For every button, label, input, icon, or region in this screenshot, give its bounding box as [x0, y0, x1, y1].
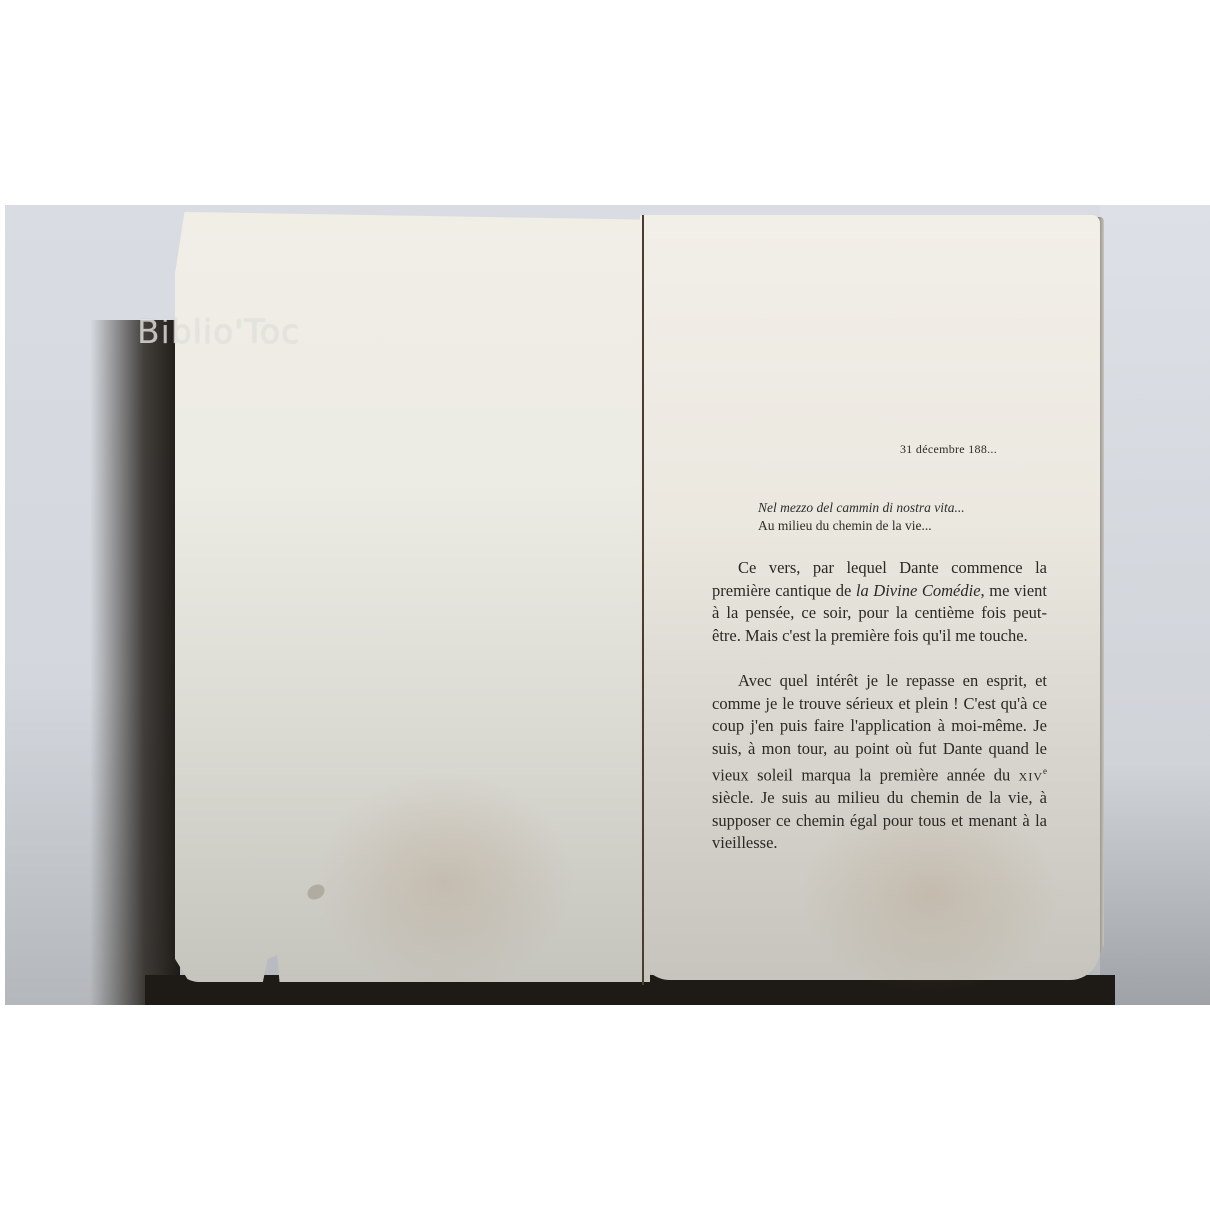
- watermark-logo: Biblio'Toc: [137, 312, 300, 351]
- water-stain: [315, 772, 575, 992]
- background-surface: [1100, 205, 1210, 1005]
- work-title: la Divine Comédie: [856, 581, 981, 600]
- book-gutter: [642, 215, 644, 985]
- book-cover-shadow: [90, 320, 180, 1005]
- epigraph-italian: Nel mezzo del cammin di nostra vita...: [758, 500, 965, 516]
- paragraph-2: Avec quel intérêt je le repasse en espri…: [712, 670, 1047, 855]
- chapter-date: 31 décembre 188...: [900, 442, 997, 457]
- century-numeral: xiv: [1019, 766, 1043, 785]
- paragraph-1: Ce vers, par lequel Dante commence la pr…: [712, 557, 1047, 647]
- paragraph-2-text-a: Avec quel intérêt je le repasse en espri…: [712, 671, 1047, 785]
- paragraph-2-text-b: siècle. Je suis au milieu du chemin de l…: [712, 788, 1047, 852]
- century-suffix: e: [1043, 766, 1047, 776]
- epigraph-french: Au milieu du chemin de la vie...: [758, 518, 932, 534]
